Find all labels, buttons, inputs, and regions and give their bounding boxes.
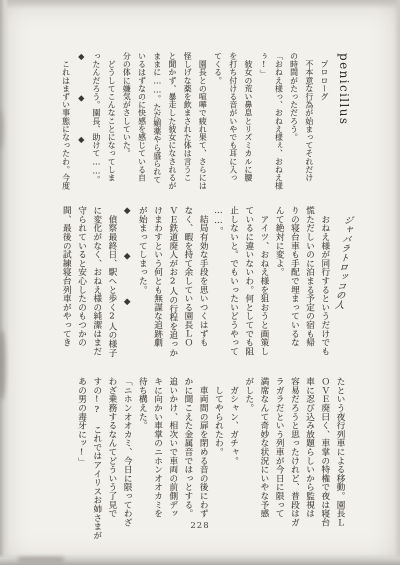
- text-line: ＯＶＥ廃曰く、車掌の特権で夜は寝台: [317, 377, 332, 545]
- book-page-scan: penicillus プロローグ 不本意な行為が始まってそれだけの時間がたっただ…: [0, 0, 400, 565]
- text-line: に変化がなく、おねえ様の純潔はまだ: [89, 206, 104, 376]
- text-line: ているに違いないわ。何としてでも阻: [241, 206, 256, 376]
- text-line: これはまずい事態になったわ。今度: [58, 52, 73, 200]
- text-line: 偵察最終日、駅へと歩く2人の様子: [104, 206, 119, 376]
- text-line: してやられたわ。: [210, 377, 225, 545]
- text-line: ったんだろう。園長、助けて……。: [89, 52, 104, 200]
- text-band-prologue: プロローグ 不本意な行為が始まってそれだけの時間がたっただろう。「おねえ様っ、お…: [58, 52, 332, 200]
- section-separator-diamonds: ◆ ◆ ◆: [74, 52, 89, 200]
- text-line: 結局有効な手段を思いつくはずも: [195, 206, 210, 376]
- text-line: ぅ!」: [256, 52, 271, 200]
- text-line: アイツ、おねえ様を狙おうと画策し: [256, 206, 271, 376]
- section-separator-diamonds: ◆ ◆ ◆: [119, 206, 134, 376]
- text-line: 分の体に嫌気がさしていた。: [119, 52, 134, 200]
- text-line: 守られていると安心したのもつかの: [73, 206, 88, 376]
- text-line: 彼女の荒い鼻息とリズミカルに腰: [241, 52, 256, 200]
- text-line: が始まってしまった。: [134, 206, 149, 376]
- text-band-jabara-trocco: ジャバラトロッコの人 おねえ様が同行するというだけでも慌ただしいのに泊まる予定の…: [58, 206, 347, 376]
- text-line: 「おねえ様っ、おねえ様ぇ、おねえ様: [271, 52, 286, 200]
- text-line: 「ニホンオオカミ、今日に限ってわざ: [119, 377, 134, 545]
- text-line: 慌ただしいのに泊まる予定の宿も帰: [301, 206, 316, 376]
- text-line: の時間がたっただろう。: [286, 52, 301, 200]
- text-line: わざ乗務するなんてどういう了見で: [104, 377, 119, 545]
- scan-edge-top: [0, 0, 400, 9]
- text-line: 車両間の扉を閉める音の後にわず: [195, 377, 210, 545]
- text-line: プロローグ: [317, 52, 332, 200]
- text-band-continuation: たという夜行列車による移動。園長ＬＯＶＥ廃曰く、車掌の特権で夜は寝台車に忍び込み…: [73, 377, 347, 545]
- text-line: と聞かず、暴走した彼女になされるが: [165, 52, 180, 200]
- text-line: 追いかけ、相次いで車両の前側デッ: [165, 377, 180, 545]
- publication-title-vertical: penicillus: [337, 53, 351, 125]
- text-line: ……。: [210, 206, 225, 376]
- text-line: 車に忍び込み放題らしいから監視は: [301, 377, 316, 545]
- text-line: 満席なんて奇妙な状況にいやな予感: [256, 377, 271, 545]
- scan-blotch: [18, 557, 64, 561]
- text-line: 園長との喧嘩で疲れ果て、さらには: [195, 52, 210, 200]
- text-line: 止しないと。でもいったいどうやって: [225, 206, 240, 376]
- text-line: 間、最後の試練寝台列車がやってき: [58, 206, 73, 376]
- text-line: がした。: [241, 377, 256, 545]
- text-line: 怪しげな薬を飲まされた体は言うこ: [180, 52, 195, 200]
- text-line: 不本意な行為が始まってそれだけ: [302, 52, 317, 200]
- text-line: キに向かい車掌のニホンオオカミを: [149, 377, 164, 545]
- scan-edge-left: [0, 0, 9, 565]
- text-line: を打ち付ける音がいやでも耳に入っ: [226, 52, 241, 200]
- text-line: かに聞こえた金属音ではっとする。: [180, 377, 195, 545]
- text-line: ラガラだという列車が今日に限って: [271, 377, 286, 545]
- page-number: 228: [0, 521, 400, 531]
- text-line: 待ち構えた。: [134, 377, 149, 545]
- text-line: なく、暇を持て余している園長ＬＯ: [180, 206, 195, 376]
- text-line: 容易だろうと思ったけれど、普段はガ: [286, 377, 301, 545]
- text-line: あの男の毒牙にッ!」: [73, 377, 88, 545]
- text-line: ガシャン、ガチャ。: [225, 377, 240, 545]
- text-line: ＶＥ鉄道廃人がお2人の行程を追っか: [165, 206, 180, 376]
- text-line: すの!? これではアイリスお姉さまが: [89, 377, 104, 545]
- text-line: りの寝台車も手配で埋まっているな: [286, 206, 301, 376]
- text-line: んて絶対に変よ。: [271, 206, 286, 376]
- text-line: てくる。: [210, 52, 225, 200]
- scan-edge-right: [394, 0, 400, 565]
- scan-blotch: [0, 330, 6, 400]
- text-line: いるはずなのに快感を感じている自: [134, 52, 149, 200]
- text-line: けまわすという何とも無謀な追跡劇: [149, 206, 164, 376]
- text-line: ままに……。ただ媚薬やら盛られて: [150, 52, 165, 200]
- scan-blotch: [0, 110, 4, 150]
- text-line: たという夜行列車による移動。園長Ｌ: [332, 377, 347, 545]
- text-line: どうしてこんなことになってしま: [104, 52, 119, 200]
